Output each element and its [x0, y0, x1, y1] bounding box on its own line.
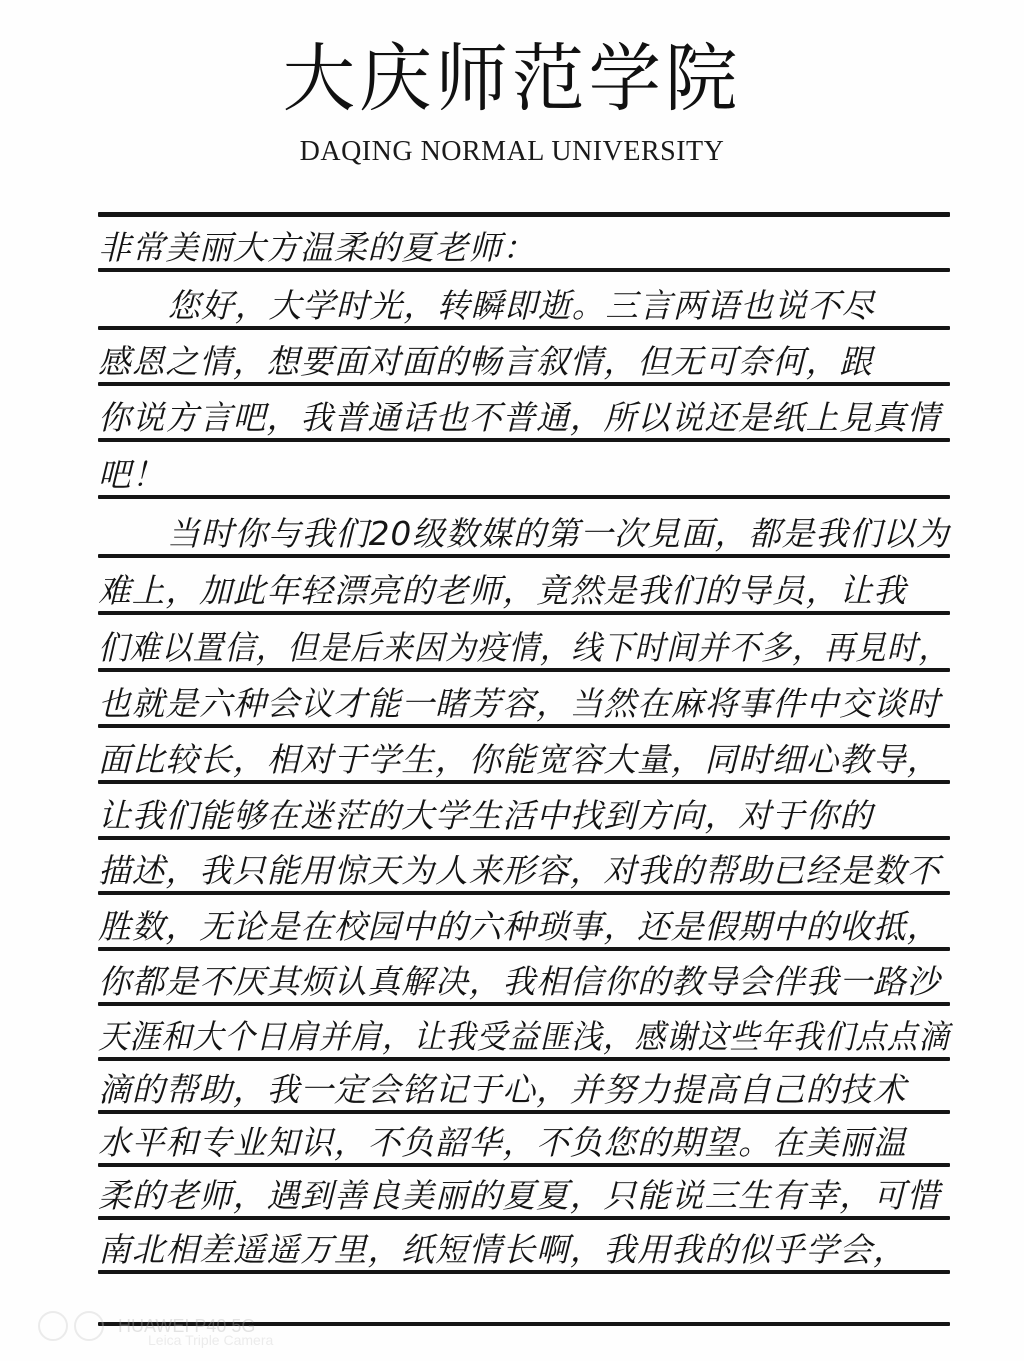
letter-line: 感恩之情，想要面对面的畅言叙情，但无可奈何，跟	[98, 342, 950, 382]
letter-line: 天涯和大个日肩并肩，让我受益匪浅，感谢这些年我们点点滴	[98, 1017, 896, 1057]
ruled-line	[98, 611, 950, 615]
letter-line: 您好，大学时光，转瞬即逝。三言两语也说不尽	[98, 286, 950, 326]
ruled-line	[98, 554, 950, 558]
ruled-line	[98, 326, 950, 330]
letter-line: 也就是六种会议才能一睹芳容，当然在麻将事件中交谈时	[98, 684, 950, 724]
letter-line: 难上，加此年轻漂亮的老师，竟然是我们的导员，让我	[98, 571, 950, 611]
letter-line: 滴的帮助，我一定会铭记于心，并努力提高自己的技术	[98, 1070, 950, 1110]
ruled-line	[98, 1110, 950, 1114]
ruled-line	[98, 668, 950, 672]
ruled-line	[98, 947, 950, 951]
ruled-line	[98, 780, 950, 784]
letter-line: 当时你与我们20级数媒的第一次見面，都是我们以为	[98, 514, 948, 554]
ruled-line	[98, 891, 950, 895]
letter-line: 胜数，无论是在校园中的六种琐事，还是假期中的收抵，	[98, 907, 950, 947]
ruled-line	[98, 836, 950, 840]
letter-line: 吧！	[98, 455, 950, 495]
ruled-line	[98, 268, 950, 272]
ruled-line	[98, 1270, 950, 1274]
ruled-line	[98, 1057, 950, 1061]
letter-line: 水平和专业知识，不负韶华，不负您的期望。在美丽温	[98, 1123, 950, 1163]
letter-line: 让我们能够在迷茫的大学生活中找到方向，对于你的	[98, 796, 950, 836]
watermark-lens-icon	[74, 1311, 104, 1341]
ruled-line	[98, 495, 950, 499]
letter-paper: 非常美丽大方温柔的夏老师： 您好，大学时光，转瞬即逝。三言两语也说不尽 感恩之情…	[98, 0, 950, 1361]
letter-line: 你都是不厌其烦认真解决，我相信你的教导会伴我一路沙	[98, 962, 950, 1002]
ruled-line	[98, 382, 950, 386]
ruled-line	[98, 1163, 950, 1167]
ruled-line	[98, 724, 950, 728]
letter-line: 南北相差遥遥万里，纸短情长啊，我用我的似乎学会，	[98, 1230, 950, 1270]
letter-line: 描述，我只能用惊天为人来形容，对我的帮助已经是数不	[98, 851, 950, 891]
top-rule	[98, 212, 950, 217]
ruled-line	[98, 1216, 950, 1220]
letter-salutation: 非常美丽大方温柔的夏老师：	[98, 228, 950, 268]
letter-line: 面比较长，相对于学生，你能宽容大量，同时细心教导，	[98, 740, 950, 780]
letter-line: 柔的老师，遇到善良美丽的夏夏，只能说三生有幸，可惜	[98, 1176, 950, 1216]
watermark-subtitle: Leica Triple Camera	[148, 1332, 273, 1348]
watermark-lens-icon	[38, 1311, 68, 1341]
camera-watermark: HUAWEI P40 5G Leica Triple Camera	[38, 1306, 255, 1346]
letter-line: 们难以置信，但是后来因为疫情，线下时间并不多，再見时，	[98, 628, 896, 668]
ruled-line	[98, 1002, 950, 1006]
ruled-line	[98, 438, 950, 442]
letter-line: 你说方言吧，我普通话也不普通，所以说还是纸上見真情	[98, 398, 950, 438]
